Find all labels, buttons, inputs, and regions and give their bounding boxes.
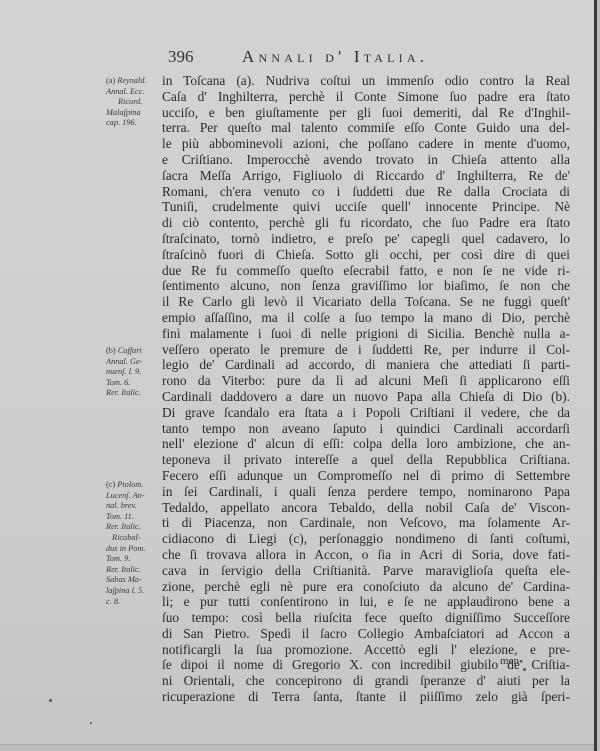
text-line: Cardinali daddovero a dare un nuovo Papa… [162,389,570,405]
note-line: cap. 196. [106,118,168,129]
text-line: finì malamente i ſuoi dì nelle prigioni … [162,326,570,342]
text-line: di San Pietro. Spedì il ſacro Collegio A… [162,626,570,642]
text-line: ſentimento alcuno, non ſenza graviſſimo … [162,278,570,294]
text-line: tanto tempo non aveano ſaputo i quindici… [162,421,570,437]
text-line: teponeva il privato intereſſe a quel del… [162,452,570,468]
text-line: ni Orientali, che concepirono di grandi … [162,673,570,689]
note-line: Tom. 11. [106,512,168,523]
page-bottom-edge [0,744,594,751]
text-line: ſtraſcinato, tornò indietro, e preſo pe'… [162,231,570,247]
margin-note-a: (a) Reynald. Annal. Ecc. Ricord. Malaſpi… [106,76,168,129]
body-text: in Toſcana (a). Nudriva coſtui un immenſ… [162,73,570,705]
note-line: Rer. Italic. [106,565,168,576]
text-line: legio de' Cardinali ad accordo, di manie… [162,357,570,373]
margin-note-c: (c) Ptolom. Lucenſ. An- nal. brev. Tom. … [106,480,168,607]
text-line: veſſero operato le premure de i ſuddetti… [162,342,570,358]
page-number: 396 [168,47,194,67]
text-line: Fecero eſſi adunque un Compromeſſo nel d… [162,468,570,484]
margin-note-b: (b) Caffari Annal. Ge- nuenſ. l. 9. Tom.… [106,346,168,399]
note-line: nal. brev. [106,501,168,512]
note-line: Malaſpina [106,108,168,119]
text-line: le più abbominevoli azioni, che poſſano … [162,136,570,152]
text-line: ſacra Meſſa Arrigo, Figliuolo di Riccard… [162,168,570,184]
note-line: Sabas Ma- [106,575,168,586]
text-line: due Re fu commeſſo queſto eſecrabil fatt… [162,263,570,279]
text-line: in ſei Cardinali, i quali ſenza perdere … [162,484,570,500]
note-line: nuenſ. l. 9. [106,367,168,378]
note-line: Ricobal- [106,533,168,544]
text-line: Tuniſi, crudelmente quivi ucciſe quell' … [162,199,570,215]
text-line: cidiacono di Liegi (c), perſonaggio nond… [162,531,570,547]
note-line: dus in Pom. [106,544,168,555]
text-line: Caſa d' Inghilterra, perchè il Conte Sim… [162,89,570,105]
text-line: empio aſſaſſino, ma il colſe a ſuo tempo… [162,310,570,326]
note-line: Tom. 6. [106,378,168,389]
note-line: c. 8. [106,597,168,608]
note-line: Caffari [118,346,142,355]
paper-speck [459,604,461,606]
text-line: il Re Carlo gli levò il Vicariato della … [162,294,570,310]
note-line: Lucenſ. An- [106,491,168,502]
paper-speck [523,668,526,671]
text-line: in Toſcana (a). Nudriva coſtui un immenſ… [162,73,570,89]
note-mark: (a) [106,76,115,85]
text-line: zione, perchè egli nè pure era conoſciut… [162,579,570,595]
note-mark: (b) [106,346,116,355]
text-line: ricuperazione di Terra ſanta, ſtante il … [162,689,570,705]
paper-speck [49,699,52,702]
text-line: li; e pur tutti conſentirono in lui, e ſ… [162,594,570,610]
text-line: ſuo tempo: così bella riuſcita fece queſ… [162,610,570,626]
note-line: Annal. Ecc. [106,87,168,98]
text-line: di ciò contento, perchè gli fu ricordato… [162,215,570,231]
text-line: Romani, ch'era venuto co i ſuddetti due … [162,184,570,200]
note-line: Annal. Ge- [106,357,168,368]
text-line: nell' elezione d' alcun di eſſi: colpa d… [162,436,570,452]
text-line: terra. Per queſto mal talento commiſe eſ… [162,120,570,136]
note-line: Rer. Italic. [106,388,168,399]
note-line: Reynald. [117,76,146,85]
note-line: Rer. Italic. [106,522,168,533]
note-line: laſpina l. 5. [106,586,168,597]
book-page: 396 Annali d' Italia. (a) Reynald. Annal… [0,0,594,748]
text-line: e Criſtiano. Imperocchè avendo trovato i… [162,152,570,168]
note-mark: (c) [106,480,115,489]
text-line: che ſi trovava allora in Accon, o ſia in… [162,547,570,563]
text-line: Di grave ſcandalo era ſtata a i Popoli C… [162,405,570,421]
note-line: Ptolom. [117,480,143,489]
paper-speck [90,722,92,724]
text-line: rono da Viterbo: pure da lì ad alcuni Me… [162,373,570,389]
text-line: ucciſo, e ben giuſtamente per gli ſuoi d… [162,105,570,121]
text-line: Tedaldo, appellato ancora Tebaldo, della… [162,500,570,516]
note-line: Tom. 9. [106,554,168,565]
text-line: ſtraſcinò fuori di Chieſa. Sotto gli occ… [162,247,570,263]
running-head: Annali d' Italia. [242,47,428,67]
text-line: cava in ſervigio della Criſtianità. Parv… [162,563,570,579]
text-line: ti di Piacenza, non Cardinale, non Veſco… [162,515,570,531]
note-line: Ricord. [106,97,168,108]
catchword: men- [500,655,523,667]
